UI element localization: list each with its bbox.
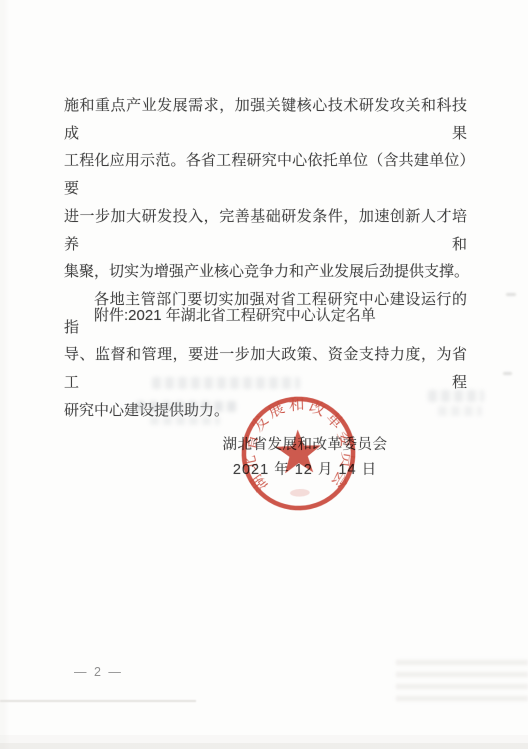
body-line: 进一步加大研发投入，完善基础研发条件，加速创新人才培养和	[64, 203, 467, 258]
seal-star-icon	[275, 429, 322, 474]
scan-artifact-band	[396, 660, 528, 702]
official-seal: 湖北省发展和改革委员会	[231, 386, 366, 521]
seal-smear	[290, 489, 310, 497]
scanned-document-page: 施和重点产业发展需求，加强关键核心技术研发攻关和科技成果 工程化应用示范。各省工…	[0, 0, 528, 749]
body-line: 工程化应用示范。各省工程研究中心依托单位（含共建单位）要	[64, 147, 467, 202]
scan-speck	[506, 293, 516, 296]
document-body: 施和重点产业发展需求，加强关键核心技术研发攻关和科技成果 工程化应用示范。各省工…	[64, 92, 467, 424]
body-line: 施和重点产业发展需求，加强关键核心技术研发攻关和科技成果	[64, 92, 467, 147]
body-line: 集聚，切实为增强产业核心竞争力和产业发展后劲提供支撑。	[64, 258, 467, 286]
scan-artifact-line	[0, 700, 196, 702]
scan-speck	[503, 372, 512, 375]
attachment-line: 附件:2021 年湖北省工程研究中心认定名单	[94, 304, 376, 325]
page-number: — 2 —	[74, 665, 123, 679]
